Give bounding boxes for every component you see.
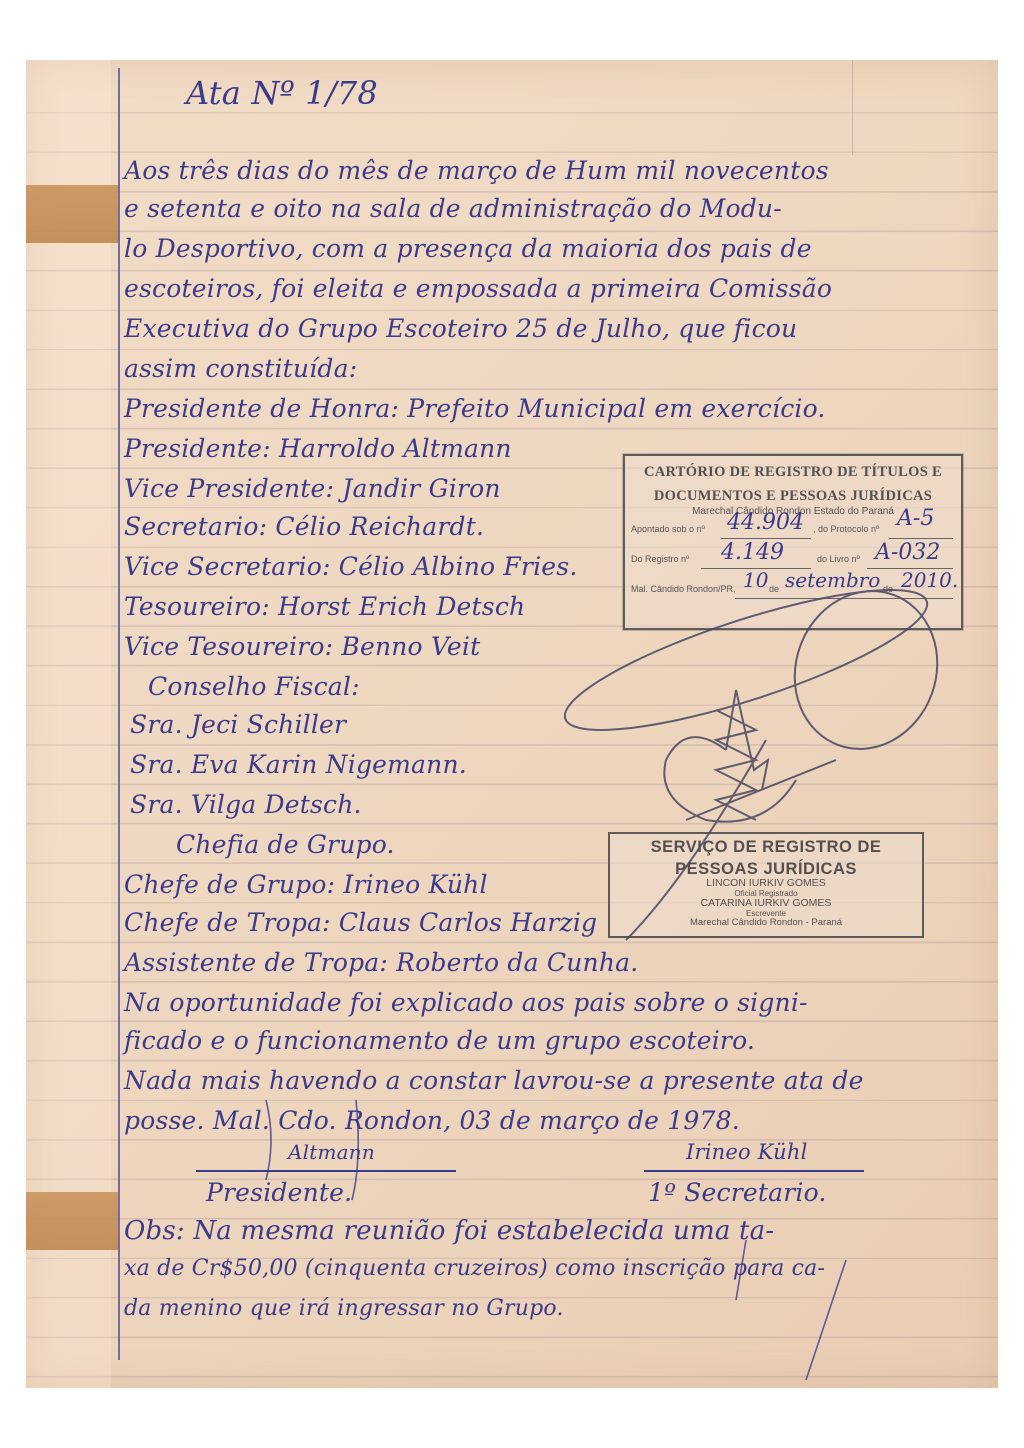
stamp-livro-value: A-032 [875,540,940,565]
closing-line: Na oportunidade foi explicado aos pais s… [124,988,808,1017]
conselho-member: Sra. Vilga Detsch. [130,790,362,819]
role-line-secretario: Secretario: Célio Reichardt. [124,512,484,541]
secretary-label: 1º Secretario. [648,1178,827,1207]
page-left-margin-area [26,60,111,1388]
body-line: assim constituída: [124,354,357,383]
conselho-member: Sra. Eva Karin Nigemann. [130,750,467,779]
stamp-apontado-value: 44.904 [727,510,804,535]
stamp-date-year: 2010. [901,568,958,592]
role-label: Presidente de Honra: [124,394,399,423]
stamp-field-line [735,598,953,599]
stamp-date-day: 10 [743,568,768,592]
closing-line: ficado e o funcionamento de um grupo esc… [124,1026,755,1055]
role-label: Tesoureiro: [124,592,270,621]
stamp-date-de: de [883,584,893,594]
obs-line: Obs: Na mesma reunião foi estabelecida u… [124,1216,774,1246]
stamp-date-month: setembro [785,568,880,592]
stamp2-officer-name: LINCON IURKIV GOMES [610,878,922,889]
header-rule [852,60,853,155]
stamp-date-de: de [769,584,779,594]
stamp-apontado-label: Apontado sob o nº [631,524,705,534]
role-name: Horst Erich Detsch [278,592,525,621]
role-line-vice-secretario: Vice Secretario: Célio Albino Fries. [124,552,577,581]
stamp-date-label: Mal. Cândido Rondon/PR, [631,584,736,594]
president-label: Presidente. [206,1178,352,1207]
secretary-signature: Irineo Kühl [686,1140,808,1164]
body-line: e setenta e oito na sala de administraçã… [124,194,782,223]
obs-line: da menino que irá ingressar no Grupo. [124,1296,564,1321]
stamp-heading-1: CARTÓRIO DE REGISTRO DE TÍTULOS E [625,464,961,480]
document-title: Ata Nº 1/78 [186,74,378,112]
scanned-document-page: Ata Nº 1/78 Aos três dias do mês de març… [26,60,998,1388]
stamp-heading-2: DOCUMENTOS E PESSOAS JURÍDICAS [625,488,961,504]
role-label: Vice Tesoureiro: [124,632,333,661]
adhesive-tape-top [26,185,118,243]
role-name: Benno Veit [341,632,480,661]
stamp-field-line [889,538,953,539]
closing-line: posse. Mal. Cdo. Rondon, 03 de março de … [124,1106,740,1135]
body-line: Executiva do Grupo Escoteiro 25 de Julho… [124,314,797,343]
conselho-fiscal-heading: Conselho Fiscal: [148,672,360,701]
body-line: escoteiros, foi eleita e empossada a pri… [124,274,832,303]
stamp-field-line [721,538,811,539]
role-name: Célio Albino Fries. [339,552,578,581]
body-line: Aos três dias do mês de março de Hum mil… [124,156,829,185]
role-line-presidente: Presidente: Harroldo Altmann [124,434,512,463]
stamp2-clerk-name: CATARINA IURKIV GOMES [610,898,922,909]
conselho-member: Sra. Jeci Schiller [130,710,346,739]
role-label: Secretario: [124,512,267,541]
role-name: Prefeito Municipal em exercício. [407,394,825,423]
role-line-tesoureiro: Tesoureiro: Horst Erich Detsch [124,592,525,621]
adhesive-tape-bottom [26,1192,118,1250]
body-line: lo Desportivo, com a presença da maioria… [124,234,812,263]
role-name: Jandir Giron [342,474,500,503]
stamp-protocolo-value: A-5 [897,506,934,531]
president-signature: Altmann [288,1140,375,1164]
closing-line: Nada mais havendo a constar lavrou-se a … [124,1066,864,1095]
stamp2-location: Marechal Cândido Rondon - Paraná [610,918,922,927]
role-name: Célio Reichardt. [275,512,484,541]
secretary-signature-line [644,1170,864,1172]
stamp-registro-label: Do Registro nº [631,554,689,564]
stamp-registro-value: 4.149 [721,540,784,565]
role-line-presidente-honra: Presidente de Honra: Prefeito Municipal … [124,394,826,423]
stamp-livro-label: do Livro nº [817,554,860,564]
servico-registro-stamp: SERVIÇO DE REGISTRO DE PESSOAS JURÍDICAS… [608,832,924,938]
cartorio-registration-stamp: CARTÓRIO DE REGISTRO DE TÍTULOS E DOCUME… [623,454,963,630]
margin-rule [118,68,120,1360]
stamp-protocolo-label: , do Protocolo nº [813,524,879,534]
role-name: Harroldo Altmann [279,434,512,463]
role-label: Presidente: [124,434,271,463]
chefia-heading: Chefia de Grupo. [176,830,395,859]
chefia-member: Chefe de Tropa: Claus Carlos Harzig [124,908,597,937]
stamp2-heading-1: SERVIÇO DE REGISTRO DE [610,838,922,856]
president-signature-line [196,1170,456,1172]
role-label: Vice Presidente: [124,474,334,503]
stamp2-heading-2: PESSOAS JURÍDICAS [610,860,922,878]
role-line-vice-tesoureiro: Vice Tesoureiro: Benno Veit [124,632,480,661]
role-line-vice-presidente: Vice Presidente: Jandir Giron [124,474,501,503]
role-label: Vice Secretario: [124,552,331,581]
chefia-member: Assistente de Tropa: Roberto da Cunha. [124,948,638,977]
chefia-member: Chefe de Grupo: Irineo Kühl [124,870,488,899]
obs-line: xa de Cr$50,00 (cinquenta cruzeiros) com… [124,1256,825,1281]
